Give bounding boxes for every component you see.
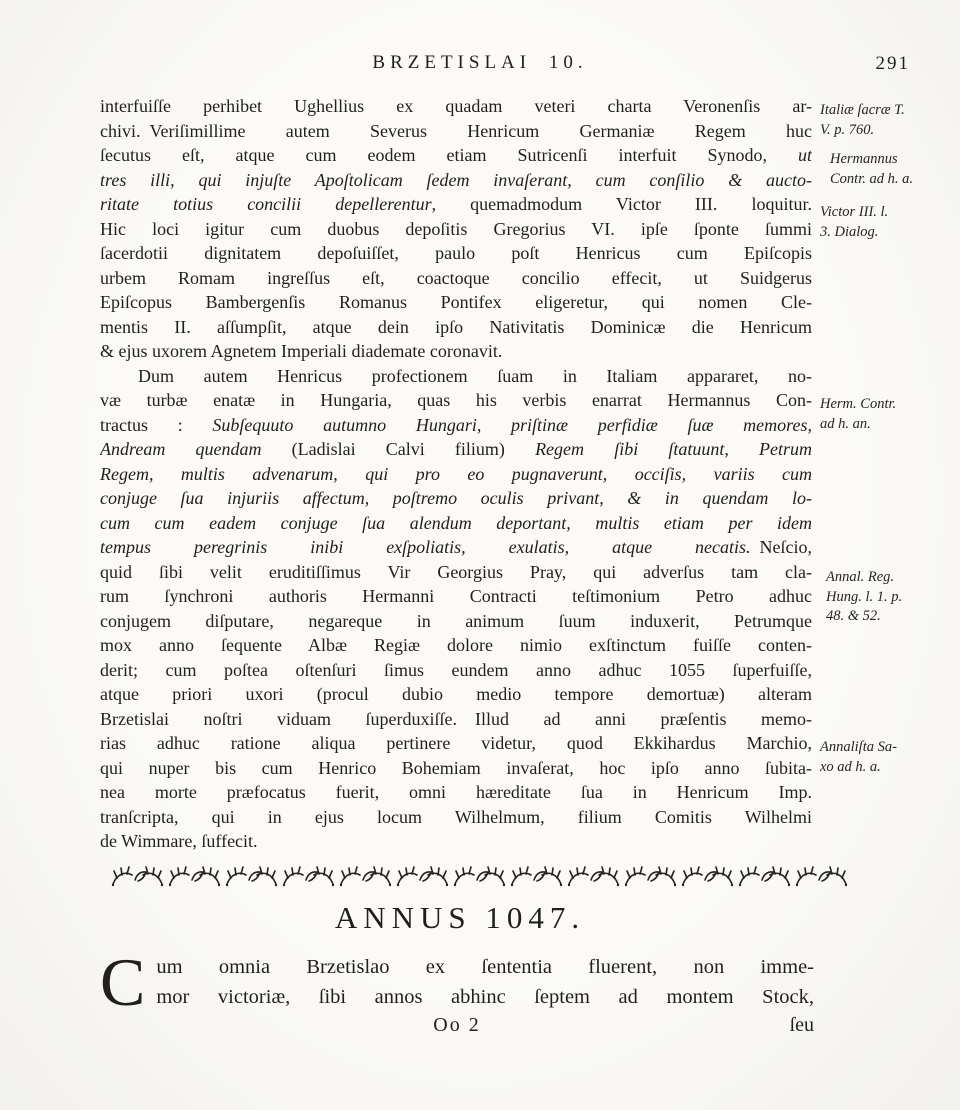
text-segment: Neſcio, bbox=[751, 537, 812, 557]
margin-note: Annal. Reg. Hung. l. 1. p. 48. & 52. bbox=[820, 568, 960, 627]
text-segment: & ejus uxorem Agnetem Imperiali diademat… bbox=[100, 341, 502, 361]
text-segment: ſacerdotii dignitatem depoſuiſſet, paulo… bbox=[100, 243, 812, 263]
text-segment: mentis II. aſſumpſit, atque dein ipſo Na… bbox=[100, 317, 812, 337]
text-segment: , quemadmodum Victor III. loquitur. bbox=[432, 194, 812, 214]
paragraph-line: um omnia Brzetislao ex ſententia flueren… bbox=[156, 952, 814, 982]
drop-cap-initial: C bbox=[100, 954, 145, 1010]
main-text-block: interfuiſſe perhibet Ughellius ex quadam… bbox=[100, 94, 812, 854]
margin-note: Annaliſta Sa- xo ad h. a. bbox=[820, 738, 956, 777]
margin-note: Italiæ ſacræ T. V. p. 760. bbox=[820, 101, 956, 140]
text-segment-italic: Subſequuto autumno Hungari, priſtinæ per… bbox=[212, 415, 812, 435]
text-segment: urbem Romam ingreſſus eſt, coactoque con… bbox=[100, 268, 812, 288]
text-line: Regem, multis advenarum, qui pro eo pugn… bbox=[100, 462, 812, 487]
text-line: conjugem diſputare, negareque in animum … bbox=[100, 609, 812, 634]
text-segment-italic: ut bbox=[798, 145, 812, 165]
text-segment: quid ſibi velit eruditiſſimus Vir Georgi… bbox=[100, 562, 812, 582]
text-line: rias adhuc ratione aliqua pertinere vide… bbox=[100, 731, 812, 756]
text-line: væ turbæ enatæ in Hungaria, quas his ver… bbox=[100, 388, 812, 413]
text-segment: Epiſcopus Bambergenſis Romanus Pontifex … bbox=[100, 292, 812, 312]
text-segment: mox anno ſequente Albæ Regiæ dolore nimi… bbox=[100, 635, 812, 655]
text-segment: rias adhuc ratione aliqua pertinere vide… bbox=[100, 733, 812, 753]
text-line: rum ſynchroni authoris Hermanni Contract… bbox=[100, 584, 812, 609]
text-line: quid ſibi velit eruditiſſimus Vir Georgi… bbox=[100, 560, 812, 585]
text-segment-italic: conjuge ſua injuriis affectum, poſtremo … bbox=[100, 488, 812, 508]
text-line: de Wimmare, ſuffecit. bbox=[100, 829, 812, 854]
text-line: mox anno ſequente Albæ Regiæ dolore nimi… bbox=[100, 633, 812, 658]
text-line: conjuge ſua injuriis affectum, poſtremo … bbox=[100, 486, 812, 511]
text-segment: tranſcripta, qui in ejus locum Wilhelmum… bbox=[100, 807, 812, 827]
text-line: ſecutus eſt, atque cum eodem etiam Sutri… bbox=[100, 143, 812, 168]
text-line: derit; cum poſtea oſtenſuri ſimus eundem… bbox=[100, 658, 812, 683]
text-line: tempus peregrinis inibi exſpoliatis, exu… bbox=[100, 535, 812, 560]
paragraph-line: mor victoriæ, ſibi annos abhinc ſeptem a… bbox=[156, 982, 814, 1012]
margin-note: Victor III. l. 3. Dialog. bbox=[820, 203, 956, 242]
text-segment: ſecutus eſt, atque cum eodem etiam Sutri… bbox=[100, 145, 798, 165]
text-segment-italic: Regem, multis advenarum, qui pro eo pugn… bbox=[100, 464, 812, 484]
text-line: & ejus uxorem Agnetem Imperiali diademat… bbox=[100, 339, 812, 364]
text-segment: Brzetislai noſtri viduam ſuperduxiſſe. I… bbox=[100, 709, 812, 729]
page-heading: BRZETISLAI 10. bbox=[372, 52, 587, 73]
margin-note: Herm. Contr. ad h. an. bbox=[820, 395, 956, 434]
text-line: atque priori uxori (procul dubio medio t… bbox=[100, 682, 812, 707]
signature-mark: Oo 2 bbox=[100, 1014, 814, 1037]
text-segment: Dum autem Henricus profectionem ſuam in … bbox=[138, 366, 812, 386]
text-segment: qui nuper bis cum Henrico Bohemiam invaſ… bbox=[100, 758, 812, 778]
text-line: urbem Romam ingreſſus eſt, coactoque con… bbox=[100, 266, 812, 291]
text-segment-italic: Andream quendam bbox=[100, 439, 292, 459]
text-line: mentis II. aſſumpſit, atque dein ipſo Na… bbox=[100, 315, 812, 340]
book-page: BRZETISLAI 10. 291 interfuiſſe perhibet … bbox=[0, 0, 960, 1110]
text-segment: rum ſynchroni authoris Hermanni Contract… bbox=[100, 586, 812, 606]
fleuron-ornament-divider bbox=[100, 864, 860, 897]
page-footer: Oo 2 ſeu bbox=[100, 1014, 814, 1037]
text-line: nea morte præfocatus fuerit, omni hæredi… bbox=[100, 780, 812, 805]
text-line: Hic loci igitur cum duobus depoſitis Gre… bbox=[100, 217, 812, 242]
text-segment: chivi. Veriſimillime autem Severus Henri… bbox=[100, 121, 812, 141]
text-segment: væ turbæ enatæ in Hungaria, quas his ver… bbox=[100, 390, 812, 410]
text-line: tres illi, qui injuſte Apoſtolicam ſedem… bbox=[100, 168, 812, 193]
text-segment: tractus : bbox=[100, 415, 212, 435]
text-segment: de Wimmare, ſuffecit. bbox=[100, 831, 258, 851]
text-segment-italic: cum cum eadem conjuge ſua alendum deport… bbox=[100, 513, 812, 533]
text-line: qui nuper bis cum Henrico Bohemiam invaſ… bbox=[100, 756, 812, 781]
text-line: chivi. Veriſimillime autem Severus Henri… bbox=[100, 119, 812, 144]
text-segment: (Ladislai Calvi filium) bbox=[292, 439, 535, 459]
annus-paragraph: C um omnia Brzetislao ex ſententia fluer… bbox=[100, 952, 814, 1012]
text-segment: interfuiſſe perhibet Ughellius ex quadam… bbox=[100, 96, 812, 116]
text-line: tractus : Subſequuto autumno Hungari, pr… bbox=[100, 413, 812, 438]
text-segment: derit; cum poſtea oſtenſuri ſimus eundem… bbox=[100, 660, 812, 680]
annus-paragraph-lines: um omnia Brzetislao ex ſententia flueren… bbox=[100, 952, 814, 1012]
margin-note: Hermannus Contr. ad h. a. bbox=[820, 150, 960, 189]
text-segment-italic: tres illi, qui injuſte Apoſtolicam ſedem… bbox=[100, 170, 812, 190]
text-segment-italic: tempus peregrinis inibi exſpoliatis, exu… bbox=[100, 537, 751, 557]
text-line: tranſcripta, qui in ejus locum Wilhelmum… bbox=[100, 805, 812, 830]
text-segment-italic: Regem ſibi ſtatuunt, Petrum bbox=[535, 439, 812, 459]
text-segment: atque priori uxori (procul dubio medio t… bbox=[100, 684, 812, 704]
text-segment: conjugem diſputare, negareque in animum … bbox=[100, 611, 812, 631]
text-segment: Hic loci igitur cum duobus depoſitis Gre… bbox=[100, 219, 812, 239]
text-line: Brzetislai noſtri viduam ſuperduxiſſe. I… bbox=[100, 707, 812, 732]
text-line: ſacerdotii dignitatem depoſuiſſet, paulo… bbox=[100, 241, 812, 266]
text-line: Epiſcopus Bambergenſis Romanus Pontifex … bbox=[100, 290, 812, 315]
catchword: ſeu bbox=[790, 1014, 814, 1037]
text-line: interfuiſſe perhibet Ughellius ex quadam… bbox=[100, 94, 812, 119]
running-head: BRZETISLAI 10. bbox=[0, 52, 960, 74]
text-segment: nea morte præfocatus fuerit, omni hæredi… bbox=[100, 782, 812, 802]
text-line: Andream quendam (Ladislai Calvi filium) … bbox=[100, 437, 812, 462]
section-heading: ANNUS 1047. bbox=[0, 900, 920, 936]
text-line: ritate totius concilii depellerentur, qu… bbox=[100, 192, 812, 217]
text-line: Dum autem Henricus profectionem ſuam in … bbox=[100, 364, 812, 389]
text-line: cum cum eadem conjuge ſua alendum deport… bbox=[100, 511, 812, 536]
page-number: 291 bbox=[876, 53, 911, 75]
text-segment-italic: ritate totius concilii depellerentur bbox=[100, 194, 432, 214]
fleuron-ornament-icon bbox=[109, 864, 851, 892]
